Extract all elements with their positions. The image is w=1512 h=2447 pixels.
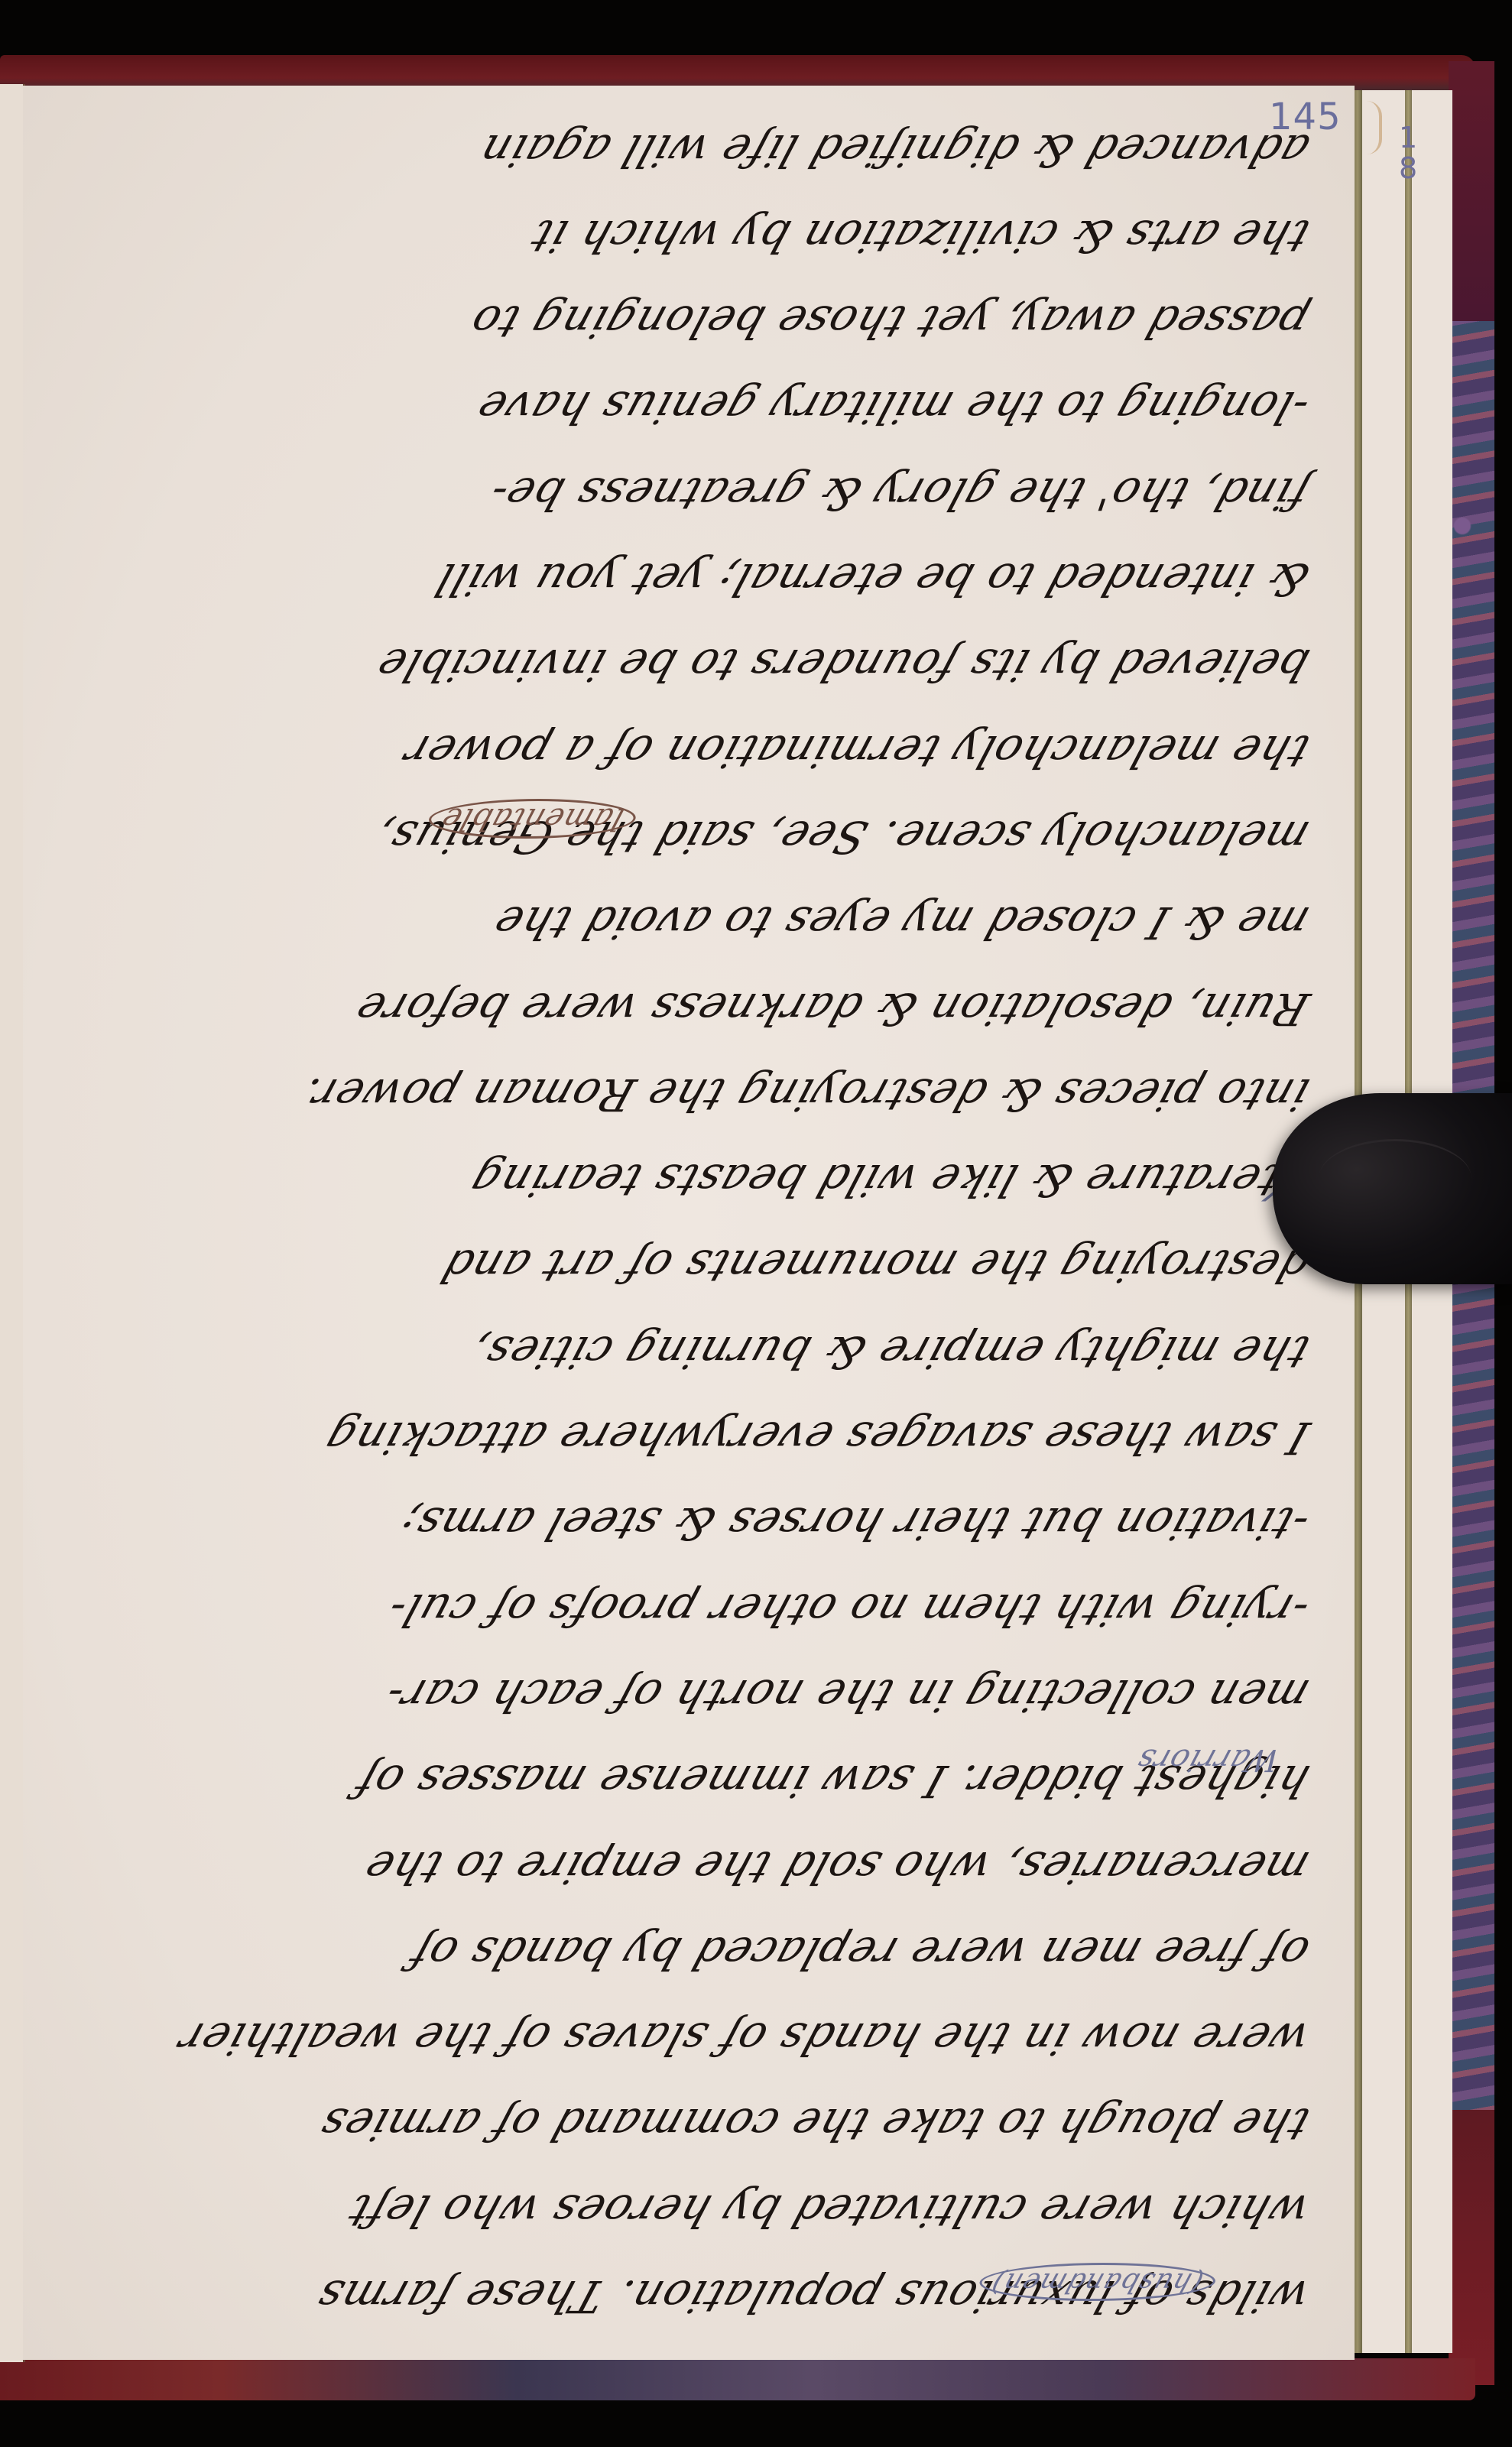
- text-line: me & I closed my eyes to avoid the: [17, 880, 1344, 965]
- text-line: men collecting in the north of each car-…: [17, 1653, 1344, 1738]
- text-line: were now in the hands of slaves of the w…: [17, 1996, 1344, 2082]
- text-line: & intended to be eternal; yet you will: [17, 537, 1344, 622]
- text-line: melancholy scene. See, said the Genius,: [17, 794, 1344, 880]
- text-line: -tivation but their horses & steel arms;: [17, 1481, 1344, 1566]
- text-line: find, tho' the glory & greatness be-: [17, 450, 1344, 536]
- leather-corner-top: [1449, 61, 1494, 321]
- text-line: -rying with them no other proofs of cul-: [17, 1566, 1344, 1652]
- text-line: destroying the monuments of art and: [17, 1223, 1344, 1309]
- text-line-content: the melancholy termination of a power: [397, 725, 1316, 777]
- text-line-content: literature & like wild beasts tearing: [463, 1154, 1316, 1206]
- text-line-content: which were cultivated by heroes who left: [342, 2185, 1316, 2237]
- text-line: which were cultivated by heroes who left…: [17, 2167, 1344, 2253]
- text-line: the arts & civilization by which it: [17, 193, 1344, 279]
- text-line: the mighty empire & burning cities,: [17, 1309, 1344, 1394]
- text-line: Ruin, desolation & darkness were before: [17, 965, 1344, 1051]
- facing-page-edge: [0, 84, 25, 2362]
- pencil-stack-mark: 1 8: [1399, 122, 1417, 183]
- text-line: I saw these savages everywhere attacking: [17, 1395, 1344, 1481]
- book-cover-bottom-edge: [0, 2358, 1475, 2400]
- text-line: of free men were replaced by bands of: [17, 1910, 1344, 1996]
- text-line: literature & like wild beasts tearing x: [17, 1137, 1344, 1223]
- text-line: -longing to the military genius have: [17, 365, 1344, 450]
- pencil-annotation-husbandmen: (husbandmen): [973, 2263, 1222, 2301]
- text-line: mercenaries, who sold the empire to the: [17, 1824, 1344, 1910]
- text-line: passed away, yet those belonging to: [17, 279, 1344, 365]
- text-line-content: men collecting in the north of each car-: [378, 1670, 1316, 1722]
- handwritten-text-block: wilds of luxurious population. These far…: [31, 107, 1330, 2339]
- glove-crease: [1319, 1139, 1471, 1218]
- leather-corner-bottom: [1449, 2110, 1494, 2385]
- text-line: believed by its founders to be invincibl…: [17, 622, 1344, 708]
- ink-annotation-lamentable: lamentable: [423, 799, 642, 839]
- page-stain: [1365, 101, 1382, 154]
- text-line: the melancholy termination of a power la…: [17, 708, 1344, 793]
- black-gloved-finger: [1273, 1093, 1512, 1284]
- text-line: into pieces & destroying the Roman power…: [17, 1052, 1344, 1137]
- text-line: the plough to take the command of armies: [17, 2082, 1344, 2167]
- pencil-annotation-warriors: Warriors: [1132, 1743, 1284, 1777]
- text-line: advanced & dignified life will again: [17, 107, 1344, 193]
